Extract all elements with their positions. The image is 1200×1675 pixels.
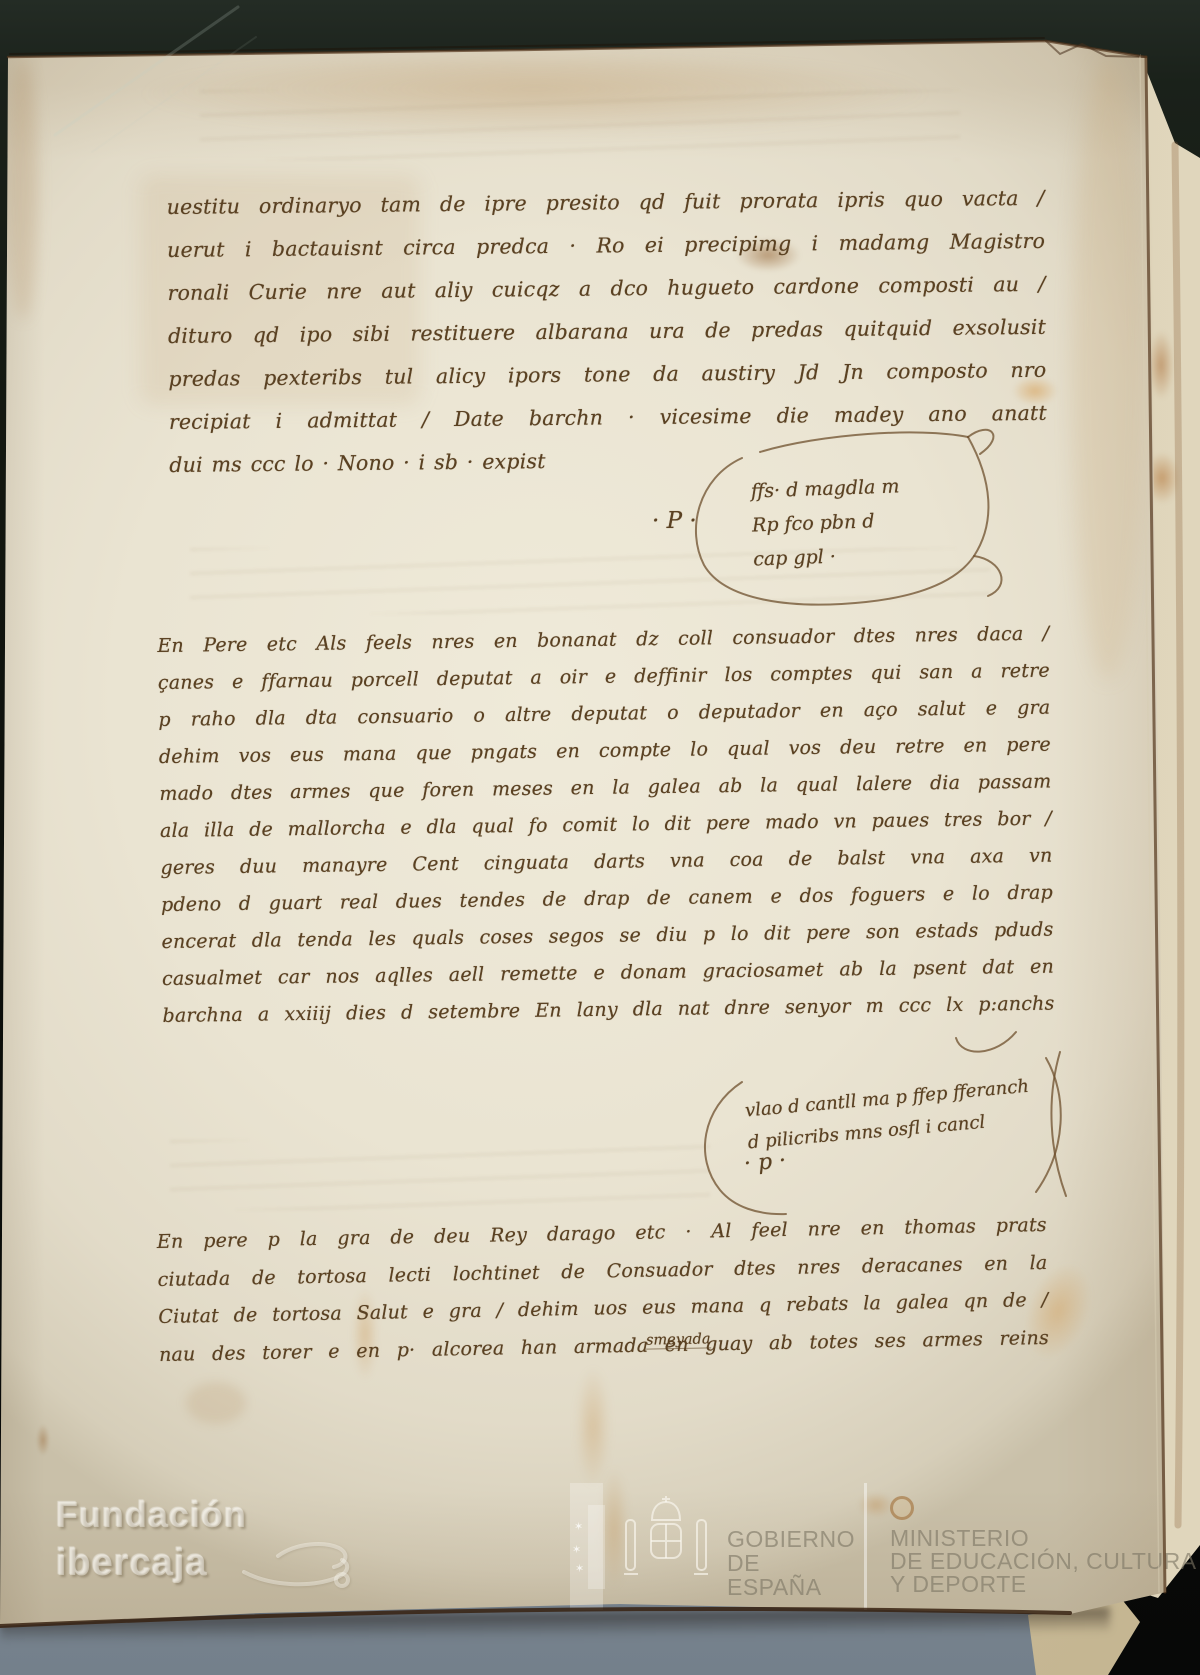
- stain: [36, 1424, 50, 1456]
- stain: [576, 1368, 610, 1486]
- eu-stars-icon: ✶: [574, 1520, 583, 1533]
- manuscript-photo: uestitu ordinaryo tam de ipre presito qd…: [0, 0, 1200, 1675]
- ibercaja-watermark: Fundación ibercaja: [56, 1494, 247, 1585]
- stain: [8, 60, 38, 320]
- ink-bleed-through: [170, 1140, 710, 1210]
- stain: [186, 1382, 246, 1424]
- text-paragraph-1: uestitu ordinaryo tam de ipre presito qd…: [166, 177, 1047, 487]
- stain: [1072, 60, 1144, 680]
- manuscript-line: recipiat i admittat / Date barchn · vice…: [169, 392, 1047, 444]
- text-paragraph-3: En pere p la gra de deu Rey darago etc ·…: [157, 1207, 1050, 1374]
- eu-stars-icon: ✶: [572, 1543, 581, 1556]
- stain: [890, 1496, 914, 1520]
- spain-coat-of-arms-icon: [618, 1494, 714, 1598]
- watermark-divider: [864, 1483, 867, 1610]
- ministerio-line3: Y DEPORTE: [890, 1573, 1197, 1596]
- gobierno-text: GOBIERNO DE ESPAÑA: [727, 1527, 855, 1599]
- paraph-mark: · p ·: [743, 1148, 787, 1177]
- chancery-note-1: ffs· d magdla m Rp fco pbn d cap gpl ·: [750, 465, 1013, 576]
- eu-stars-icon: ✶: [575, 1562, 584, 1575]
- ministerio-line2: DE EDUCACIÓN, CULTURA: [890, 1550, 1197, 1573]
- ibercaja-logo-icon: [238, 1538, 356, 1602]
- ink-bleed-through: [200, 90, 960, 160]
- ibercaja-watermark-line1: Fundación: [56, 1494, 247, 1536]
- flag-bracket: [588, 1505, 605, 1589]
- paraph-mark: · P ·: [652, 508, 697, 534]
- gobierno-line2: DE ESPAÑA: [727, 1551, 855, 1599]
- gobierno-line1: GOBIERNO: [727, 1527, 855, 1551]
- ministerio-line1: MINISTERIO: [890, 1527, 1197, 1550]
- text-paragraph-2: En Pere etc Als feels nres en bonanat dz…: [157, 616, 1055, 1035]
- ministerio-text: MINISTERIO DE EDUCACIÓN, CULTURA Y DEPOR…: [890, 1527, 1197, 1596]
- ibercaja-watermark-line2: ibercaja: [56, 1542, 247, 1585]
